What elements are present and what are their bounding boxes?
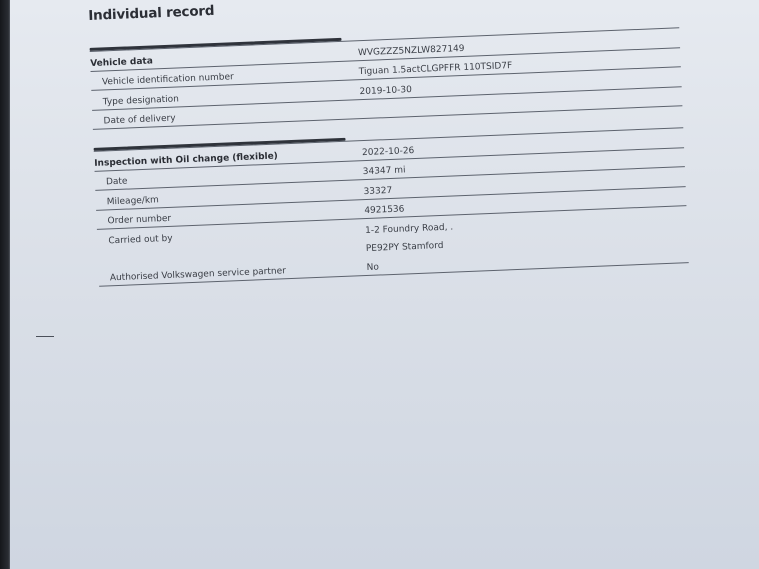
individual-record-document: Individual record Vehicle data WVGZZZ5NZ… bbox=[88, 0, 689, 287]
inspection-section: Inspection with Oil change (flexible) 20… bbox=[94, 124, 689, 287]
stray-mark bbox=[36, 336, 54, 337]
vehicle-data-section: Vehicle data WVGZZZ5NZLW827149 Vehicle i… bbox=[90, 24, 683, 130]
document-title: Individual record bbox=[88, 0, 678, 24]
date-of-delivery-label: Date of delivery bbox=[92, 106, 360, 129]
